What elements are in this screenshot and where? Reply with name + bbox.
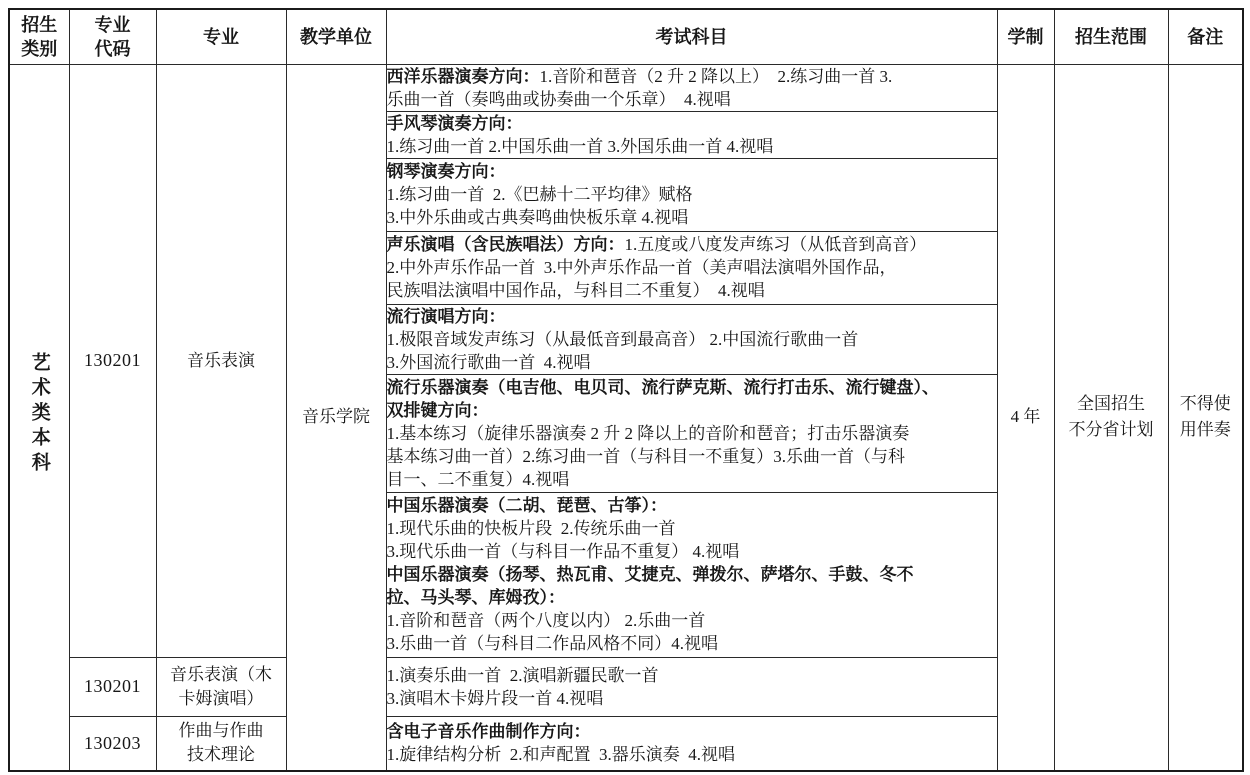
col-header-exam-subjects: 考试科目 xyxy=(386,9,997,64)
teaching-unit-cell: 音乐学院 xyxy=(286,64,386,771)
exam-line: 1.练习曲一首 2.中国乐曲一首 3.外国乐曲一首 4.视唱 xyxy=(387,135,997,158)
exam-line: 1.音阶和琶音（两个八度以内） 2.乐曲一首 xyxy=(387,609,997,632)
exam-cell-accordion: 手风琴演奏方向： 1.练习曲一首 2.中国乐曲一首 3.外国乐曲一首 4.视唱 xyxy=(386,111,997,158)
exam-line: 流行演唱方向： xyxy=(387,305,997,328)
duration-cell: 4 年 xyxy=(997,64,1054,771)
category-label: 艺术类本科 xyxy=(30,352,49,477)
exam-line: 中国乐器演奏（二胡、琵琶、古筝）： xyxy=(387,494,997,517)
exam-line: 1.极限音域发声练习（从最低音到最高音） 2.中国流行歌曲一首 xyxy=(387,328,997,351)
enrollment-scope-cell: 全国招生 不分省计划 xyxy=(1054,64,1168,771)
exam-cell-pop-vocal: 流行演唱方向： 1.极限音域发声练习（从最低音到最高音） 2.中国流行歌曲一首 … xyxy=(386,304,997,374)
exam-line: 含电子音乐作曲制作方向： xyxy=(387,720,997,743)
exam-line: 流行乐器演奏（电吉他、电贝司、流行萨克斯、流行打击乐、流行键盘）、 xyxy=(387,376,997,399)
exam-line: 3.外国流行歌曲一首 4.视唱 xyxy=(387,351,997,374)
exam-line: 中国乐器演奏（扬琴、热瓦甫、艾捷克、弹拨尔、萨塔尔、手鼓、冬不 xyxy=(387,563,997,586)
exam-line: 1.旋律结构分析 2.和声配置 3.器乐演奏 4.视唱 xyxy=(387,743,997,766)
exam-cell-piano: 钢琴演奏方向： 1.练习曲一首 2.《巴赫十二平均律》赋格 3.中外乐曲或古典奏… xyxy=(386,158,997,231)
remarks-cell: 不得使 用伴奏 xyxy=(1168,64,1243,771)
exam-line: 西洋乐器演奏方向：1.音阶和琶音（2 升 2 降以上） 2.练习曲一首 3. xyxy=(387,65,997,88)
category-cell: 艺术类本科 xyxy=(9,64,69,771)
exam-line: 1.练习曲一首 2.《巴赫十二平均律》赋格 xyxy=(387,183,997,206)
major-name-cell-2: 音乐表演（木 卡姆演唱） xyxy=(156,657,286,716)
exam-line: 1.基本练习（旋律乐器演奏 2 升 2 降以上的音阶和琶音；打击乐器演奏 xyxy=(387,422,997,445)
col-header-teaching-unit: 教学单位 xyxy=(286,9,386,64)
major-name-cell-3: 作曲与作曲 技术理论 xyxy=(156,716,286,771)
exam-line: 手风琴演奏方向： xyxy=(387,112,997,135)
exam-line: 乐曲一首（奏鸣曲或协奏曲一个乐章） 4.视唱 xyxy=(387,88,997,111)
major-code-cell-1: 130201 xyxy=(69,64,156,657)
exam-line: 双排键方向： xyxy=(387,399,997,422)
admissions-table: 招生 类别 专业 代码 专业 教学单位 考试科目 学制 招生范围 备注 艺术类本… xyxy=(8,8,1244,772)
exam-line: 1.演奏乐曲一首 2.演唱新疆民歌一首 xyxy=(387,664,997,687)
exam-line: 3.现代乐曲一首（与科目一作品不重复） 4.视唱 xyxy=(387,540,997,563)
exam-cell-chinese-instruments: 中国乐器演奏（二胡、琵琶、古筝）： 1.现代乐曲的快板片段 2.传统乐曲一首 3… xyxy=(386,492,997,657)
col-header-enrollment-scope: 招生范围 xyxy=(1054,9,1168,64)
exam-line: 拉、马头琴、库姆孜）： xyxy=(387,586,997,609)
col-header-major-code: 专业 代码 xyxy=(69,9,156,64)
exam-line: 钢琴演奏方向： xyxy=(387,160,997,183)
exam-line: 3.演唱木卡姆片段一首 4.视唱 xyxy=(387,687,997,710)
table-row: 艺术类本科 130201 音乐表演 音乐学院 西洋乐器演奏方向：1.音阶和琶音（… xyxy=(9,64,1243,111)
exam-line: 1.现代乐曲的快板片段 2.传统乐曲一首 xyxy=(387,517,997,540)
exam-cell-pop-instruments: 流行乐器演奏（电吉他、电贝司、流行萨克斯、流行打击乐、流行键盘）、 双排键方向：… xyxy=(386,374,997,492)
col-header-major: 专业 xyxy=(156,9,286,64)
exam-line: 3.乐曲一首（与科目二作品风格不同）4.视唱 xyxy=(387,632,997,655)
exam-line: 民族唱法演唱中国作品，与科目二不重复） 4.视唱 xyxy=(387,279,997,302)
exam-cell-vocal: 声乐演唱（含民族唱法）方向：1.五度或八度发声练习（从低音到高音） 2.中外声乐… xyxy=(386,231,997,304)
exam-cell-composition: 含电子音乐作曲制作方向： 1.旋律结构分析 2.和声配置 3.器乐演奏 4.视唱 xyxy=(386,716,997,771)
col-header-category: 招生 类别 xyxy=(9,9,69,64)
major-name-cell-1: 音乐表演 xyxy=(156,64,286,657)
col-header-remarks: 备注 xyxy=(1168,9,1243,64)
col-header-duration: 学制 xyxy=(997,9,1054,64)
exam-line: 声乐演唱（含民族唱法）方向：1.五度或八度发声练习（从低音到高音） xyxy=(387,233,997,256)
document-page: { "table": { "headers": { "category": "招… xyxy=(0,0,1250,775)
major-code-cell-2: 130201 xyxy=(69,657,156,716)
exam-line: 目一、二不重复）4.视唱 xyxy=(387,468,997,491)
exam-line: 3.中外乐曲或古典奏鸣曲快板乐章 4.视唱 xyxy=(387,206,997,229)
exam-cell-western-instruments: 西洋乐器演奏方向：1.音阶和琶音（2 升 2 降以上） 2.练习曲一首 3. 乐… xyxy=(386,64,997,111)
major-code-cell-3: 130203 xyxy=(69,716,156,771)
exam-line: 2.中外声乐作品一首 3.中外声乐作品一首（美声唱法演唱外国作品， xyxy=(387,256,997,279)
exam-cell-muqam-vocal: 1.演奏乐曲一首 2.演唱新疆民歌一首 3.演唱木卡姆片段一首 4.视唱 xyxy=(386,657,997,716)
exam-line: 基本练习曲一首）2.练习曲一首（与科目一不重复）3.乐曲一首（与科 xyxy=(387,445,997,468)
header-row: 招生 类别 专业 代码 专业 教学单位 考试科目 学制 招生范围 备注 xyxy=(9,9,1243,64)
